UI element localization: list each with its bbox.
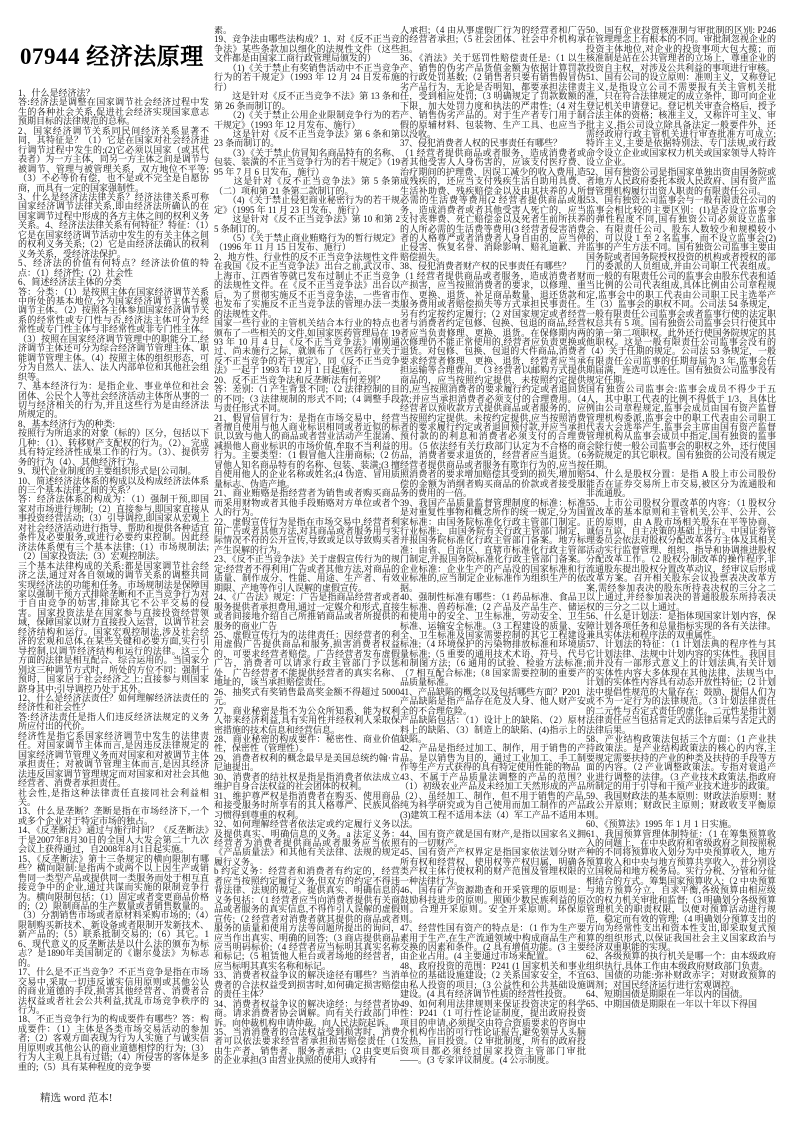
text-column-3: 人承担;（4 由从事虚假广行为的经营者和广告的经营者承担;（5 社会团体、社会中… [400,26,586,1090]
qa-paragraph: 42、产品是指经过加工、制作，用于销售的产品。是以销售为目的，通过工业加工、手工… [400,744,586,772]
qa-paragraph: 45、国有资产产权界定是指国家依法划分财产所有权和经营权、使用权等产权归属，明确… [400,848,586,886]
qa-paragraph: 人承担;（4 由从事虚假广行为的经营者和广告的经营者承担;（5 社会团体、社会中… [400,26,586,54]
qa-paragraph: 26、抽奖式有奖销售最高奖金额不得超过 5000 元。 [214,688,400,707]
qa-paragraph: 17、什么是不正当竞争？不正当竞争是指在市场交易中,采取一切违反诚实信用原则或其… [18,968,209,1015]
qa-paragraph: （1 经营者提供商品或者服务，造成消费者财产损害，应当按照消费者的要求，以修理、… [400,272,586,499]
qa-paragraph: 这是针对《反不正当竞争法》第 10 和第 25 条制订的。 [214,215,400,234]
text-column-2: 素。19、竞争法由哪些法构成？1、对《反不正当竞争法》某些条款加以细化的法规性文… [214,26,400,1090]
footer-note: 精选 word 范本! [40,1090,112,1105]
qa-paragraph: 国家一些行业的主管机关结合本行业的特点也颁布了一些相关的文件,如国家医药管理局在… [214,319,400,376]
qa-paragraph: 48、政府投资的范围：P241 (1 国家机关和事业单位的基础设施建设;（2 关… [400,962,586,1000]
qa-paragraph: 21、商业贿赂是指经营者为销售或者购买商品而采用财物或者其他手段贿赂对方单位或者… [214,489,400,517]
qa-paragraph: 40、强制性标准有哪些：（1 药品标准、食品卫生标准、兽药标准;（2 产品及产品… [400,593,586,688]
qa-paragraph: 51、国有公司的设立原则：准则主义，又称登记主义,是指设立公司不需要报有关主管机… [586,73,776,168]
qa-paragraph: 47、经营性国有资产的特点是：（1 作为生产要素用于生产,在生产流通领域中构成商… [400,924,586,962]
qa-paragraph: 31、维护尊严权是指消费者在购买、使用商品和接受服务时所享有的其人格尊严、民族风… [214,792,400,820]
qa-paragraph: 44、国有资产就是国有财产,是指以国家名义拥有的一切财产。 [400,830,586,849]
qa-paragraph: （1)《关于禁止有奖销售活动中不正当竞争行为的若干规定》（1993 年 12 月… [214,64,400,92]
qa-paragraph: 50、国有企业投资核准制与审批制的区别: P246 在管理理念上有根本的不同。审… [586,26,776,73]
qa-paragraph: 22、虚假宣传行为是指在市场交易中,经营者利用广告或者其他方法,对其商品或者服务… [214,518,400,556]
qa-paragraph: 答：经济法体系的构成为：（1）强制干预,即国家对市场进行规制;（2）直接参与,即… [18,495,209,561]
qa-paragraph: 这是针对《反不正当竞争法》第 5 条第（二）项和第 21 条第二款制订的。 [214,177,400,196]
qa-paragraph: （5）《关于禁止商业贿赂行为的暂行规定》（1996 年 11 月 15 日发布、… [214,234,400,253]
qa-paragraph: 答：差别:（1 产生背景不同;（2 法律控制的目的不同;（3 法律规制的形式不同… [214,385,400,413]
qa-paragraph: 按照行为所追求的对象（标的）区分，包括以下几种：（1）、转移财产支配权的行为。（… [18,429,209,467]
qa-paragraph: 36、《消法》关于惩罚性赔偿责任是:（1 以生产、销售的伪劣产品货值金额为依据计… [400,54,586,139]
qa-paragraph: 产品缺陷是指产品存在危及人身、他人财产安全的不合理危险。 [400,697,586,716]
qa-paragraph: 53、国有独资公司监事会与一般有限责任公司的监事会相比较的主要区别：(1)是否设… [586,196,776,385]
qa-paragraph: 30、消费者的结社权是指是指消费者依法成立维护自身合法权益的社会团体的权利。 [214,773,400,792]
qa-paragraph: 65、中期国债是期限在一年以十年以下得国 [586,1000,776,1009]
page-title: 07944 经济法原理 [20,38,209,71]
qa-paragraph: 59、我国财政法的基本原则：财政法治原则：财政公开原则；财政民主原则；财政收支平… [586,792,776,820]
text-column-4: 50、国有企业投资核准制与审批制的区别: P246 在管理理念上有根本的不同。审… [586,26,776,1090]
qa-paragraph: 10、简述经济法体系的构成以及构成经济法体系的三个基本法律之间的关系？ [18,477,209,496]
qa-paragraph: 34、消费者权益争议的解决途经：与经营者协商。请求消费者协会调解。向有关行政部门… [214,1000,400,1028]
qa-paragraph: 58、产业结构政策法包括三个方面：（1 产业扶持政策法。是产业结构政策法的核心的… [586,735,776,792]
qa-paragraph: 这是针对《反不正当竞争法》第 6 条和第 23 条而制订的。 [214,130,400,149]
qa-paragraph: 32、如何理解经营者依法定或约定履行义务以及提供真实、明确信息的义务。a 法定义… [214,820,400,867]
qa-paragraph: 62、各级预算的执行机关是哪一个：由本级政府组织执行,具体工作由本级政府财政部门… [586,952,776,971]
qa-paragraph: （3）《关于禁止仿冒知名商品特有的名称、包装、装潢的不正当竞争行为的若干规定》（… [214,149,400,177]
qa-paragraph: 29、消费者权利的概念最早是美国总统约翰·肯尼迪提出。 [214,754,400,773]
qa-paragraph: 52、国有独资公司是指国家单独出资由国务院或者地方人民政府委托本级人民政府、国有… [586,168,776,196]
qa-paragraph: 12、什么是经济法责任？如何理解经济法责任的经济性和社会性？ [18,694,209,713]
qa-paragraph: 5、经济法的价值有何特点？经济法价值的特点：（1）经济性;（2）社会性 [18,259,209,278]
qa-paragraph: 7、基本经济行为：是指企业、事业单位和社会团体、公民个人等社会经济活动主体所从事… [18,382,209,420]
qa-paragraph: 61、我国预算管理体制特征：（1 在筹集预算收入的问题上，在中央政府和省级政府之… [586,830,776,953]
qa-paragraph: 54、什么是股权分置：是指 A 股上市公司股份能否在证券交易所上市交易,被区分为… [586,470,776,498]
qa-paragraph: 28、商业秘密的构成要件：秘密性、商业价值性，保密性（管理性）。 [214,735,400,754]
document-page: 07944 经济法原理 1、什么是经济法？答:经济法是调整在国家调节社会经济过程… [0,0,793,1122]
qa-paragraph: 2、国家经济调节关系同民间经济关系显著不同，其特征是？（1）它是在国家对社会经济… [18,127,209,193]
qa-paragraph: （2)《关于禁止公用企业限制竞争行为的若干规定》（1993 年 12 月发布、施… [214,111,400,130]
qa-paragraph: 43、不属于产品质量法调整的产品的范围？（1）初级农业产品及未经加工天然形成的产… [400,773,586,830]
qa-paragraph: 35、当消消费者的合法权益受到损害时，消费者可以依法要求经营者承担损害赔偿责任（… [214,1028,400,1066]
qa-paragraph: 社会性,是指这种法律责任直接同社会利益相关。 [18,789,209,808]
qa-paragraph: b 约定义务：经营者和消费者有约定的，经营者应当按照约定履行义务,但双方的约定不… [214,867,400,971]
qa-paragraph: 15、《反垄断法》第十三条规定的横向限制有哪些？横向限制:是指两个或两个以上因生… [18,855,209,968]
qa-paragraph: 经济性是指它系国家经济调节中发生的法律责任。对国家调节主体而言,是因违反法律规定… [18,732,209,789]
qa-paragraph: 46、国有矿产资源勘查和开采管理的原则是：鼓励科技进步的原则。照顾少数民族利益的… [400,886,586,924]
qa-paragraph: 24、《广告法》规定：广告是指商品经营者或者服务提供者承担费用,通过一定媒介和形… [214,593,400,631]
qa-paragraph: （4)《关于禁止侵犯商业秘密行为的若干规定》（1995 年 11 月 23 日发… [214,196,400,215]
qa-paragraph: 在我国《反不正当竞争法》出台之前,武汉市、上海市、江西省等就已发布过制止不正当竞… [214,262,400,319]
qa-paragraph: 答:经济法责任是指人们违反经济法规定的义务所应付出的代价。 [18,713,209,732]
qa-paragraph: 56、什么是计划法：是指体现国家计划内容，保障计划各项任务和总量指标实现的各有关… [586,612,776,640]
text-column-1: 07944 经济法原理 1、什么是经济法？答:经济法是调整在国家调节社会经济过程… [18,30,209,1094]
qa-paragraph: 国有独资公司监事会:监事会成员不得少于五人，其中职工代表的比例不得低于 1/3，… [586,385,776,470]
qa-paragraph: 18、不正当竞争行为的构成要件有哪些？答：构成要件：（1）主体是各类市场交易活动… [18,1015,209,1072]
qa-paragraph: 27、商业秘密是指不为公众所知悉、能为权利人带来经济利益,具有实用性并经权利人采… [214,707,400,735]
qa-paragraph: 63、国债的功能:弥补财政赤字；对财政预算的调剂；对国民经济运行进行宏观调控。 [586,971,776,990]
qa-paragraph: 25、虚假宣传行为的法律责任：因经营者的利用虚假广告提供商品和服务,损害消费者权… [214,631,400,688]
qa-paragraph: 答:经济法是调整在国家调节社会经济过程中发生的各种社会关系,促进社会经济实现国家… [18,98,209,126]
qa-paragraph: 19、竞争法由哪些法构成？1、对《反不正当竞争法》某些条款加以细化的法规性文件（… [214,35,400,63]
qa-paragraph: 23、《反不正当竞争法》关于虚假宣传行为的规定:经营者不得利用广告或者其他方法,… [214,555,400,593]
qa-paragraph: 13、什么是垄断？垄断是指在市场经济下,一个或多个企业对于特定市场的独占。 [18,807,209,826]
qa-paragraph: 21、假冒信冒行为：是指在市场交易中，经营者擅自使用与他人商业标识相同或者近似的… [214,414,400,490]
qa-paragraph: （1 经营者提供商品或者服务，造成消费者或者其他受害人人身伤害的，应该支付医疗费… [400,149,586,262]
qa-paragraph: 33、消费者权益争议的解决途径有哪些？当消费者的合法权益受到损害时,如何确定损害… [214,971,400,999]
qa-paragraph: 这是针对《反不正当竞争不法》第 13 条和第 26 条而制订的。 [214,92,400,111]
qa-paragraph: 39、我国产品质量监督管理制度的标准：标准是对重复性事物和概念所作的统一规定,分… [400,499,586,594]
qa-paragraph: 三个基本法律构成的关系:都是国家调节社会经济之法,通过对各自领域的调节关系的调整… [18,562,209,694]
qa-paragraph: 55、上市公司股权分置改革的内容：（1 股权分置改革的基本原则和主管机关,公平、… [586,499,776,612]
qa-paragraph: 3、什么是经济法法律关系？经济法律关系可称国家经济调节法律关系,即由经济法所确认… [18,193,209,259]
qa-paragraph: 答：分类：（1）是按照主体在国家经济调节关系中所处的基本地位,分为国家经济调节主… [18,288,209,383]
qa-paragraph: 57、计划法的特征：（1 计划法典的程序性与其它计划法律、法规中计划内容的实体性… [586,640,776,735]
qa-paragraph: 产品缺陷包括：（1）设计上的缺陷、（2）原材料上的缺陷、（3）制造上的缺陷、(4… [400,716,586,744]
qa-paragraph: 14、《反垄断法》通过与施行时间？《反垄断法》于是2007年8月30日的全国人大… [18,826,209,854]
qa-paragraph: 49、如何利用法律规则来保证投资决定的科学性：P241（1 可行性论证制度，提出… [400,1000,586,1066]
